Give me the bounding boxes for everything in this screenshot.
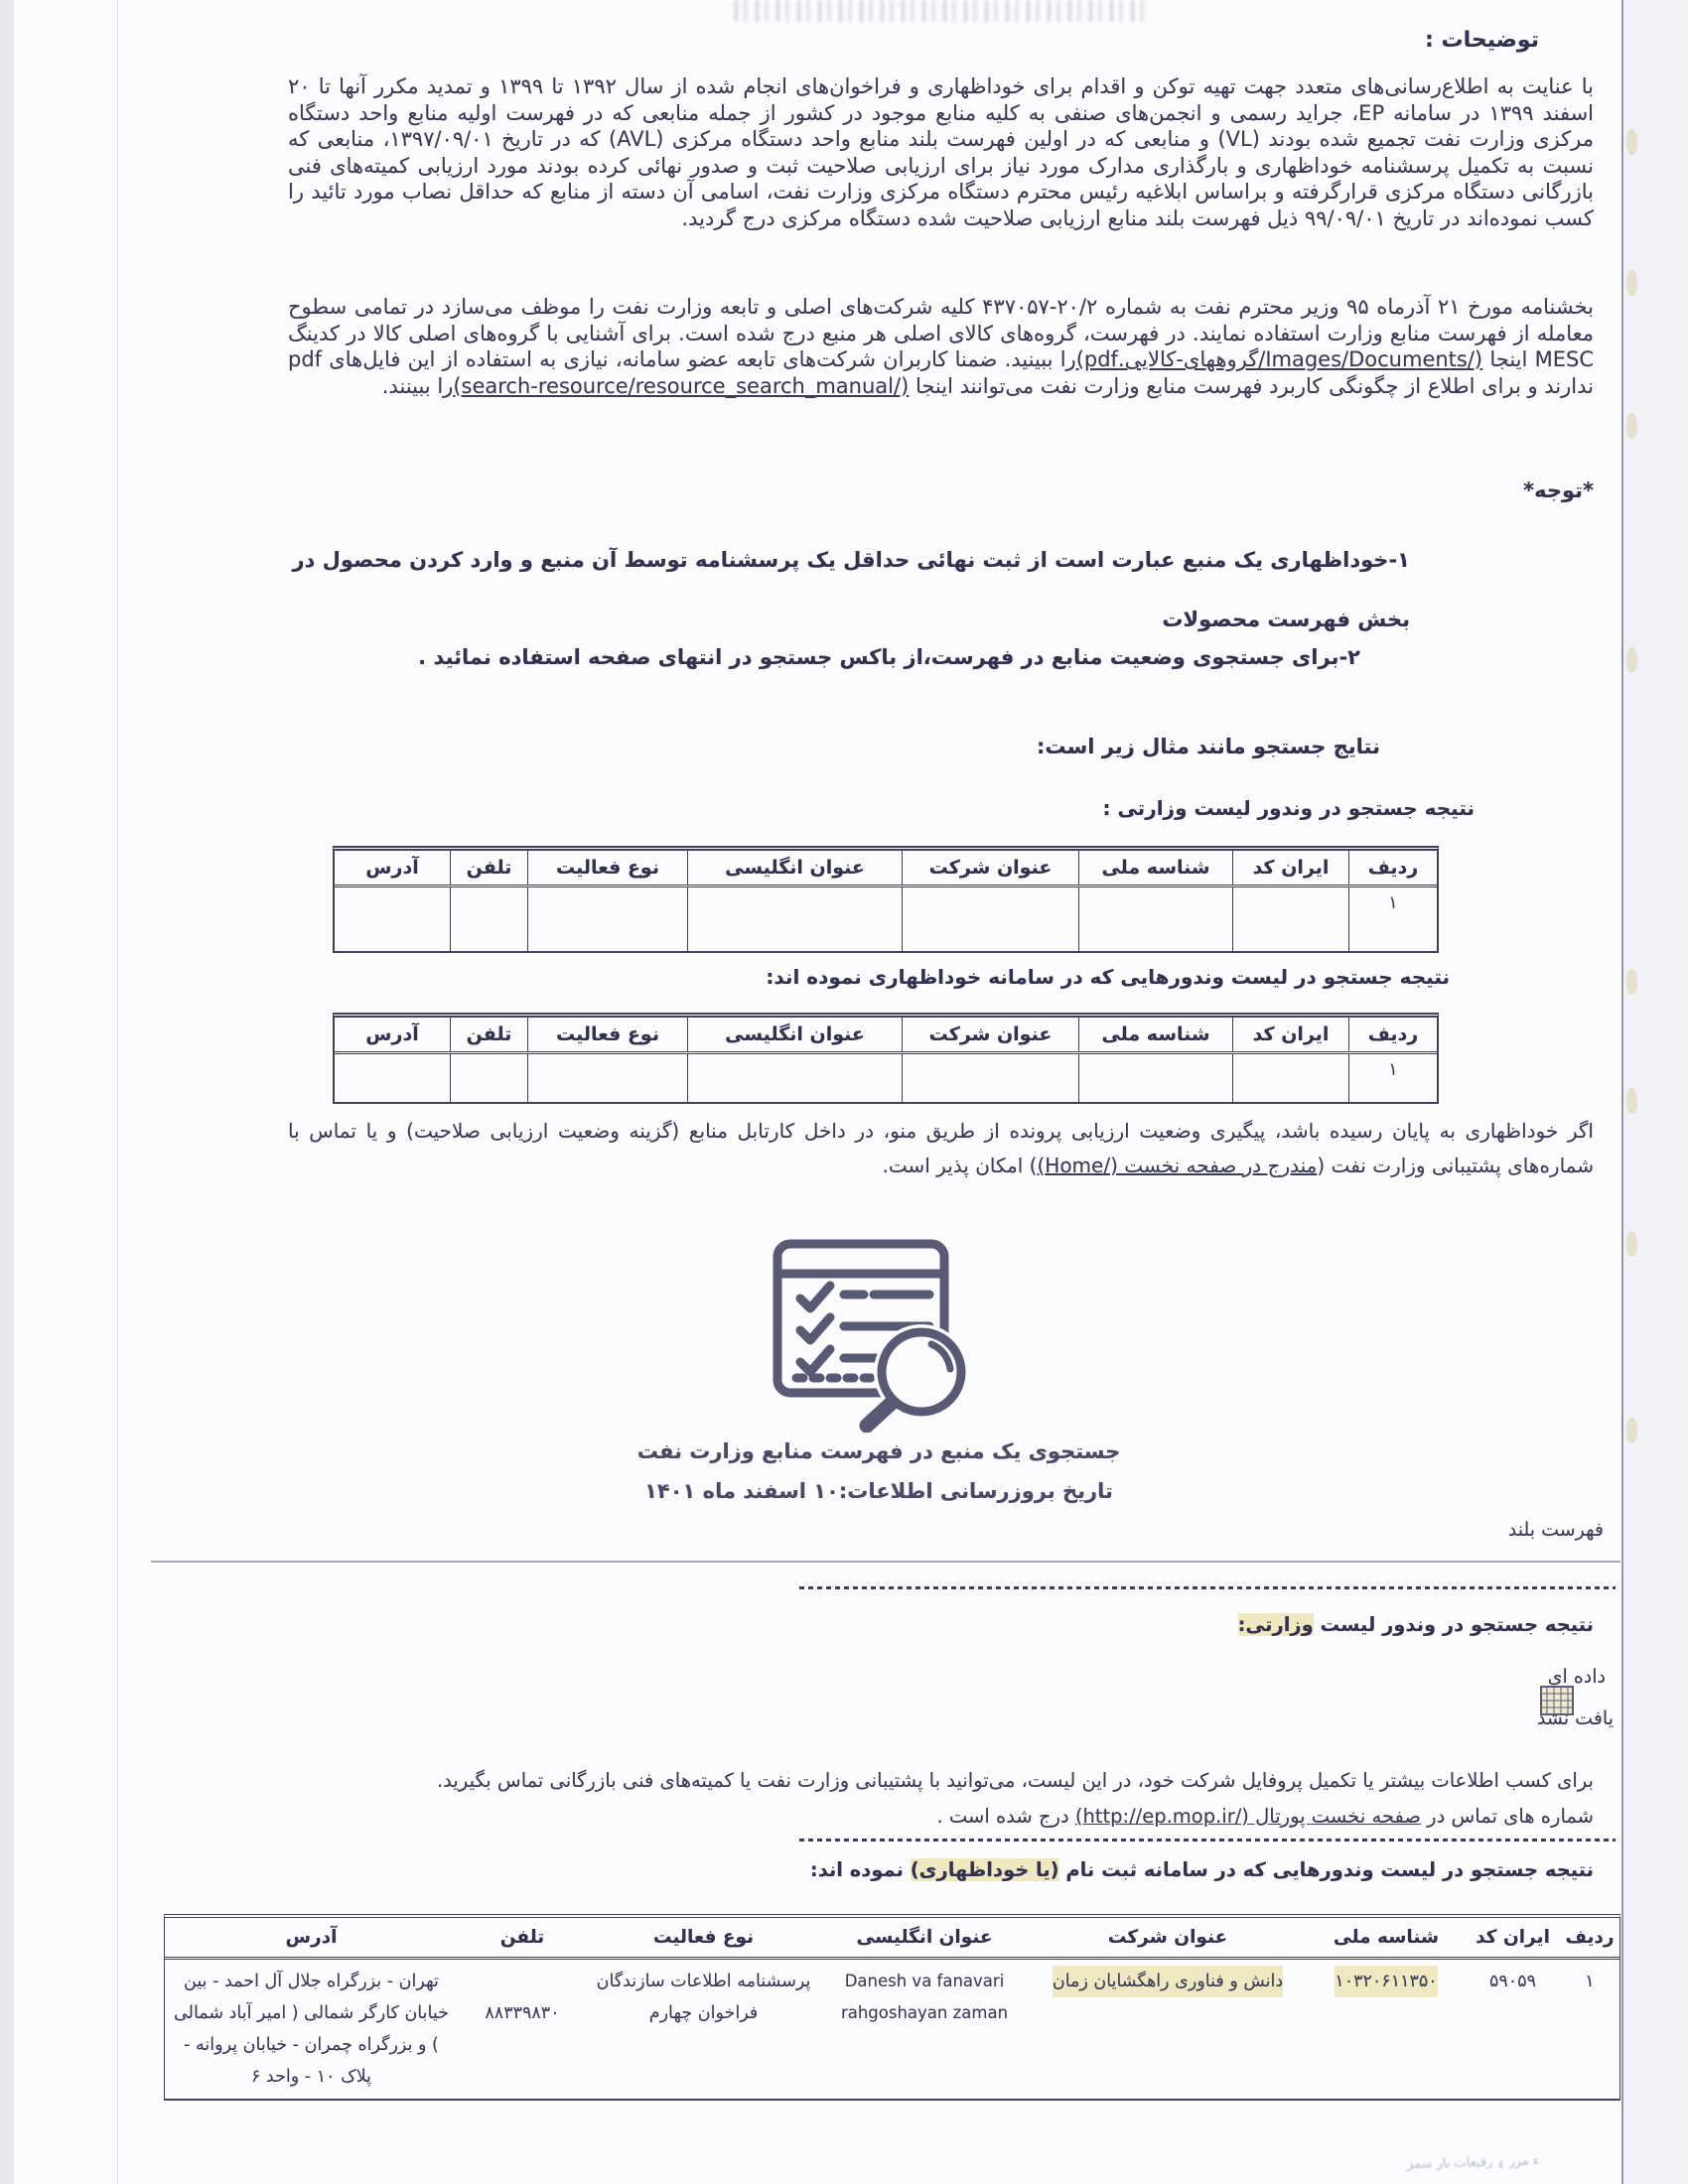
table-row: ۱ ۵۹۰۵۹ ۱۰۳۲۰۶۱۱۳۵۰ دانش و فناوری راهگشا… — [165, 1960, 1619, 2099]
company-name-value: دانش و فناوری راهگشایان زمان — [1053, 1966, 1283, 1997]
edge-smudge — [1626, 1418, 1637, 1443]
check-2 — [800, 1317, 830, 1340]
page-title: توضیحات : — [1425, 28, 1539, 53]
edge-smudge — [1626, 413, 1637, 439]
contact-line1: برای کسب اطلاعات بیشتر یا تکمیل پروفایل … — [437, 1769, 1594, 1792]
home-page-link[interactable]: مندرج در صفحه نخست (/Home) — [1037, 1154, 1317, 1177]
cell-company: دانش و فناوری راهگشایان زمان — [1029, 1960, 1307, 2099]
col-phone: تلفن — [458, 1918, 587, 1957]
col-activity: نوع فعالیت — [527, 851, 687, 885]
paragraph-followup-text-b: ) امکان پذیر است. — [883, 1154, 1038, 1177]
example-table-header: ردیف ایران کد شناسه ملی عنوان شرکت عنوان… — [335, 851, 1437, 887]
results-intro-heading: نتایج جستجو مانند مثال زیر است: — [1037, 735, 1380, 758]
registered-heading-highlight: (یا خوداظهاری) — [911, 1858, 1059, 1881]
col-address: آدرس — [335, 1018, 450, 1051]
table-row: ۱ — [335, 887, 1437, 951]
registered-vendors-heading: نتیجه جستجو در لیست وندورهایی که در ساما… — [810, 1858, 1594, 1881]
example-table-vendor-list: ردیف ایران کد شناسه ملی عنوان شرکت عنوان… — [333, 846, 1439, 953]
contact-line2: شماره های تماس در صفحه نخست پورتال (/htt… — [936, 1805, 1594, 1828]
vendor-list-heading: نتیجه جستجو در وندور لیست وزارتی : — [1102, 796, 1475, 820]
magnifier-handle — [867, 1404, 891, 1426]
cell-empty — [1232, 887, 1348, 951]
cell-phone: ۸۸۳۳۹۸۳۰ — [458, 1960, 587, 2099]
contact-line2-pre: شماره های تماس در — [1421, 1805, 1594, 1828]
handwriting-artifact: ء مرر ۽ رقيعات بار سمز — [1350, 2154, 1539, 2174]
col-address: آدرس — [165, 1918, 458, 1957]
results-table: ردیف ایران کد شناسه ملی عنوان شرکت عنوان… — [164, 1914, 1620, 2101]
col-activity: نوع فعالیت — [527, 1018, 687, 1051]
grid-table-icon — [1540, 1686, 1574, 1715]
cell-radif: ۱ — [1348, 1054, 1437, 1102]
checklist-search-icon — [765, 1229, 993, 1433]
cell-activity: پرسشنامه اطلاعات سازندگان فراخوان چهارم — [587, 1960, 820, 2099]
edge-smudge — [1626, 647, 1637, 673]
cell-empty — [527, 1054, 687, 1102]
col-iran-code: ایران کد — [1466, 1918, 1560, 1957]
col-iran-code: ایران کد — [1232, 851, 1348, 885]
col-english: عنوان انگلیسی — [820, 1918, 1029, 1957]
col-activity: نوع فعالیت — [587, 1918, 820, 1957]
table-row: ۱ — [335, 1054, 1437, 1102]
cell-iran-code: ۵۹۰۵۹ — [1466, 1960, 1560, 2099]
registered-heading-pre: نتیجه جستجو در لیست وندورهایی که در ساما… — [1059, 1858, 1594, 1881]
col-company: عنوان شرکت — [902, 851, 1078, 885]
cell-empty — [687, 1054, 902, 1102]
col-national-id: شناسه ملی — [1078, 1018, 1232, 1051]
col-english: عنوان انگلیسی — [687, 851, 902, 885]
col-radif: ردیف — [1348, 1018, 1437, 1051]
cell-empty — [527, 887, 687, 951]
edge-smudge — [1626, 1088, 1637, 1114]
dashed-divider-2 — [799, 1839, 1616, 1842]
note-item-1: ۱-خوداظهاری یک منبع عبارت است از ثبت نها… — [278, 530, 1410, 649]
edge-smudge — [1626, 129, 1637, 155]
page-left-fold-line — [117, 0, 118, 2184]
col-radif: ردیف — [1560, 1918, 1619, 1957]
note-item-2: ۲-برای جستجوی وضعیت منابع در فهرست،از با… — [418, 645, 1360, 669]
contact-line2-post: درج شده است . — [936, 1805, 1074, 1828]
national-id-value: ۱۰۳۲۰۶۱۱۳۵۰ — [1335, 1966, 1437, 1997]
note-star-heading: *توجه* — [1523, 478, 1594, 502]
check-1 — [800, 1286, 830, 1308]
scan-smudge-top — [735, 0, 1152, 22]
no-data-line1: داده ای — [1548, 1666, 1606, 1688]
col-national-id: شناسه ملی — [1307, 1918, 1466, 1957]
results-table-header: ردیف ایران کد شناسه ملی عنوان شرکت عنوان… — [165, 1918, 1619, 1960]
commodity-groups-pdf-link[interactable]: (/Images/Documents/گروههای-کالایی.pdf) — [1076, 347, 1482, 371]
paragraph-intro: با عنایت به اطلاع‌رسانی‌های متعدد جهت ته… — [288, 73, 1594, 231]
cell-empty — [450, 1054, 527, 1102]
cell-empty — [1232, 1054, 1348, 1102]
cell-empty — [902, 1054, 1078, 1102]
illustration-caption-line1: جستجوی یک منبع در فهرست منابع وزارت نفت — [611, 1439, 1147, 1463]
col-iran-code: ایران کد — [1232, 1018, 1348, 1051]
check-3 — [800, 1349, 830, 1372]
col-address: آدرس — [335, 851, 450, 885]
search-illustration — [765, 1229, 993, 1433]
page-right-edge-line — [1621, 0, 1623, 2184]
vendor-result-heading-highlight: وزارتی: — [1238, 1613, 1314, 1636]
long-list-label: فهرست بلند — [1508, 1519, 1604, 1541]
cell-national-id: ۱۰۳۲۰۶۱۱۳۵۰ — [1307, 1960, 1466, 2099]
cell-empty — [687, 887, 902, 951]
cell-empty — [335, 887, 450, 951]
portal-home-link[interactable]: صفحه نخست پورتال (/http://ep.mop.ir) — [1075, 1805, 1421, 1828]
edge-smudge — [1626, 270, 1637, 296]
resource-search-manual-link[interactable]: (/search-resource/resource_search_manual… — [453, 374, 909, 398]
page-left-edge — [0, 0, 14, 2184]
col-phone: تلفن — [450, 1018, 527, 1051]
section-divider-line — [151, 1561, 1620, 1563]
col-company: عنوان شرکت — [902, 1018, 1078, 1051]
cell-radif: ۱ — [1560, 1960, 1619, 2099]
vendor-result-heading-pre: نتیجه جستجو در وندور لیست — [1314, 1613, 1594, 1636]
cell-address: تهران - بزرگراه جلال آل احمد - بین خیابا… — [165, 1960, 458, 2099]
cell-empty — [1078, 1054, 1232, 1102]
vendor-result-heading: نتیجه جستجو در وندور لیست وزارتی: — [1238, 1613, 1594, 1636]
paragraph-circular: بخشنامه مورخ ۲۱ آذرماه ۹۵ وزیر محترم نفت… — [288, 294, 1594, 399]
cell-empty — [902, 887, 1078, 951]
dashed-divider-1 — [799, 1586, 1616, 1589]
self-declared-heading: نتیجه جستجو در لیست وندورهایی که در ساما… — [766, 965, 1450, 989]
edge-smudge — [1626, 969, 1637, 995]
col-english: عنوان انگلیسی — [687, 1018, 902, 1051]
edge-smudge — [1626, 1231, 1637, 1257]
col-company: عنوان شرکت — [1029, 1918, 1307, 1957]
col-phone: تلفن — [450, 851, 527, 885]
cell-empty — [335, 1054, 450, 1102]
example-table-self-declared: ردیف ایران کد شناسه ملی عنوان شرکت عنوان… — [333, 1013, 1439, 1104]
col-national-id: شناسه ملی — [1078, 851, 1232, 885]
cell-empty — [450, 887, 527, 951]
registered-heading-post: نموده اند: — [810, 1858, 911, 1881]
cell-empty — [1078, 887, 1232, 951]
cell-english: Danesh va fanavari rahgoshayan zaman — [820, 1960, 1029, 2099]
col-radif: ردیف — [1348, 851, 1437, 885]
example-table-header: ردیف ایران کد شناسه ملی عنوان شرکت عنوان… — [335, 1018, 1437, 1054]
cell-radif: ۱ — [1348, 887, 1437, 951]
paragraph-followup: اگر خوداظهاری به پایان رسیده باشد، پیگیر… — [288, 1114, 1594, 1183]
illustration-caption-line2: تاریخ بروزرسانی اطلاعات:۱۰ اسفند ماه ۱۴۰… — [611, 1479, 1147, 1503]
paragraph-circular-text-c: را ببینند. — [382, 374, 454, 398]
scanned-document-page: توضیحات : با عنایت به اطلاع‌رسانی‌های مت… — [0, 0, 1688, 2184]
